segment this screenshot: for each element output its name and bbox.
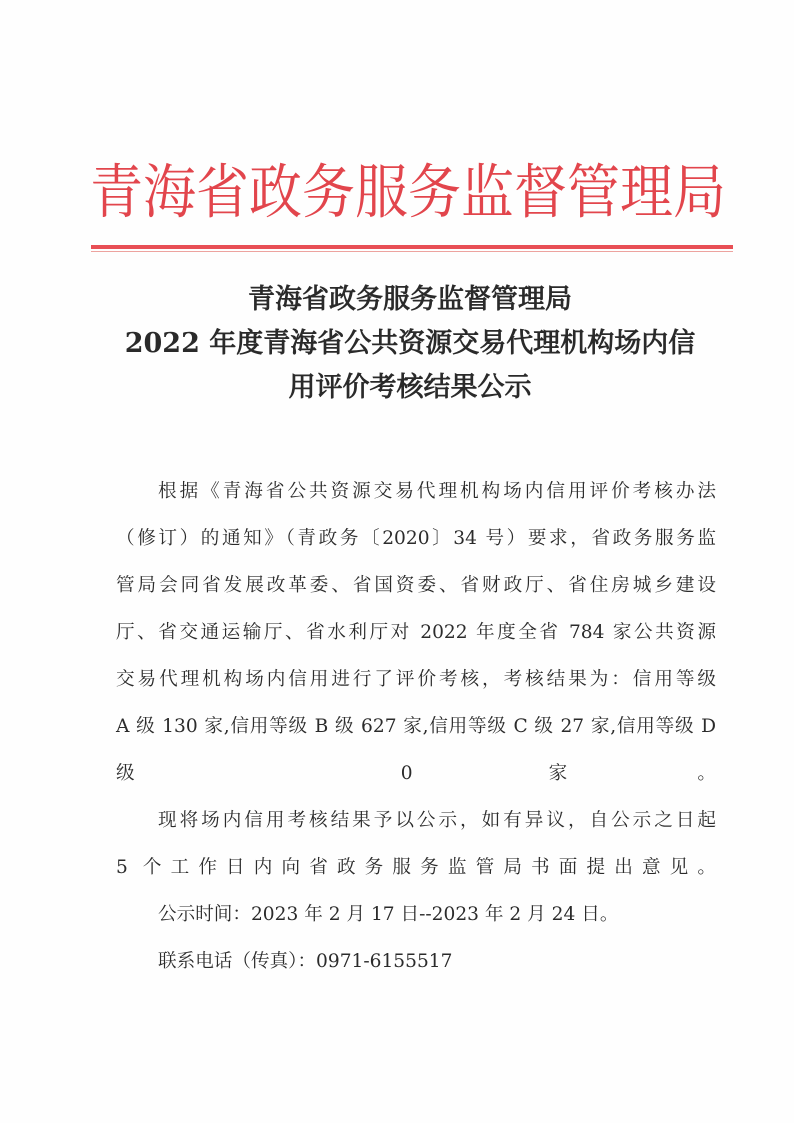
title-line-3: 用评价考核结果公示 xyxy=(90,366,730,410)
document-body: 根据《青海省公共资源交易代理机构场内信用评价考核办法 （修订）的通知》（青政务〔… xyxy=(116,468,716,985)
letterhead-thin-rule xyxy=(91,251,733,252)
text-line: 交易代理机构场内信用进行了评价考核，考核结果为：信用等级 xyxy=(116,656,716,703)
title-line-2: 2022 年度青海省公共资源交易代理机构场内信 xyxy=(90,322,730,366)
text-line: 根据《青海省公共资源交易代理机构场内信用评价考核办法 xyxy=(116,468,716,515)
paragraph-objection: 现将场内信用考核结果予以公示，如有异议，自公示之日起 5 个工作日内向省政务服务… xyxy=(116,797,716,891)
text-line: A 级 130 家,信用等级 B 级 627 家,信用等级 C 级 27 家,信… xyxy=(116,703,716,750)
text-line: 管局会同省发展改革委、省国资委、省财政厅、省住房城乡建设 xyxy=(116,562,716,609)
letterhead-org-name: 青海省政务服务监督管理局 xyxy=(88,150,728,237)
document-title: 青海省政务服务监督管理局 2022 年度青海省公共资源交易代理机构场内信 用评价… xyxy=(90,278,730,410)
letterhead-red-rule xyxy=(91,245,733,249)
paragraph-basis: 根据《青海省公共资源交易代理机构场内信用评价考核办法 （修订）的通知》（青政务〔… xyxy=(116,468,716,797)
publicity-period: 公示时间：2023 年 2 月 17 日--2023 年 2 月 24 日。 xyxy=(116,891,716,938)
text-line: 级 0 家。 xyxy=(116,750,716,797)
text-line: 现将场内信用考核结果予以公示，如有异议，自公示之日起 xyxy=(116,797,716,844)
text-line: 厅、省交通运输厅、省水利厅对 2022 年度全省 784 家公共资源 xyxy=(116,609,716,656)
text-line: （修订）的通知》（青政务〔2020〕34 号）要求，省政务服务监 xyxy=(116,515,716,562)
title-line-1: 青海省政务服务监督管理局 xyxy=(90,278,730,322)
text-line: 5 个工作日内向省政务服务监管局书面提出意见。 xyxy=(116,844,716,891)
contact-info: 联系电话（传真）：0971-6155517 xyxy=(116,938,716,985)
text-line: 公示时间：2023 年 2 月 17 日--2023 年 2 月 24 日。 xyxy=(116,891,716,938)
document-page: 青海省政务服务监督管理局 青海省政务服务监督管理局 2022 年度青海省公共资源… xyxy=(0,0,794,1123)
text-line: 联系电话（传真）：0971-6155517 xyxy=(116,938,716,985)
